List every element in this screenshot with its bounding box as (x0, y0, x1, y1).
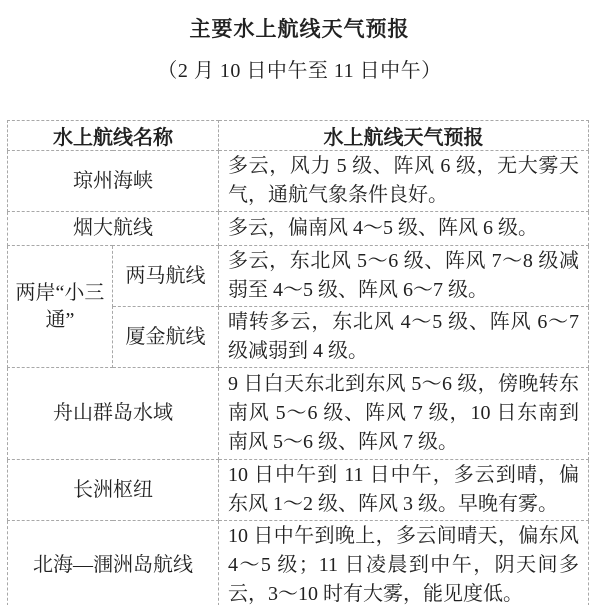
route-group-cell-santong: 两岸“小三通” (8, 246, 113, 368)
forecast-table: 水上航线名称 水上航线天气预报 琼州海峡 多云，风力 5 级、阵风 6 级，无大… (7, 120, 589, 605)
forecast-cell: 10 日中午到 11 日中午，多云到晴，偏东风 1～2 级、阵风 3 级。早晚有… (219, 460, 589, 521)
page-subtitle: （2 月 10 日中午至 11 日中午） (0, 54, 599, 83)
table-row-beihai: 北海—涠洲岛航线 10 日中午到晚上，多云间晴天，偏东风 4～5 级；11 日凌… (8, 521, 589, 605)
route-name-cell: 舟山群岛水域 (8, 368, 219, 460)
table-header-row: 水上航线名称 水上航线天气预报 (8, 121, 589, 151)
route-name-cell: 北海—涠洲岛航线 (8, 521, 219, 605)
document-page: 主要水上航线天气预报 （2 月 10 日中午至 11 日中午） 水上航线名称 水… (0, 0, 599, 605)
forecast-cell: 多云，风力 5 级、阵风 6 级，无大雾天气，通航气象条件良好。 (219, 151, 589, 212)
route-name-cell: 两马航线 (113, 246, 219, 307)
route-name-cell: 长洲枢纽 (8, 460, 219, 521)
table-row-liangma: 两岸“小三通” 两马航线 多云，东北风 5～6 级、阵风 7～8 级减弱至 4～… (8, 246, 589, 307)
route-name-cell: 琼州海峡 (8, 151, 219, 212)
route-name-cell: 厦金航线 (113, 307, 219, 368)
table-row-qiongzhou: 琼州海峡 多云，风力 5 级、阵风 6 级，无大雾天气，通航气象条件良好。 (8, 151, 589, 212)
table-row-zhoushan: 舟山群岛水域 9 日白天东北到东风 5～6 级，傍晚转东南风 5～6 级、阵风 … (8, 368, 589, 460)
table-row-changzhou: 长洲枢纽 10 日中午到 11 日中午，多云到晴，偏东风 1～2 级、阵风 3 … (8, 460, 589, 521)
forecast-cell: 多云，偏南风 4～5 级、阵风 6 级。 (219, 212, 589, 246)
forecast-cell: 多云，东北风 5～6 级、阵风 7～8 级减弱至 4～5 级、阵风 6～7 级。 (219, 246, 589, 307)
column-header-forecast: 水上航线天气预报 (219, 121, 589, 151)
forecast-cell: 9 日白天东北到东风 5～6 级，傍晚转东南风 5～6 级、阵风 7 级，10 … (219, 368, 589, 460)
route-name-cell: 烟大航线 (8, 212, 219, 246)
forecast-cell: 晴转多云，东北风 4～5 级、阵风 6～7 级减弱到 4 级。 (219, 307, 589, 368)
table-row-yanda: 烟大航线 多云，偏南风 4～5 级、阵风 6 级。 (8, 212, 589, 246)
forecast-cell: 10 日中午到晚上，多云间晴天，偏东风 4～5 级；11 日凌晨到中午，阴天间多… (219, 521, 589, 605)
page-title: 主要水上航线天气预报 (0, 0, 599, 43)
column-header-route-name: 水上航线名称 (8, 121, 219, 151)
